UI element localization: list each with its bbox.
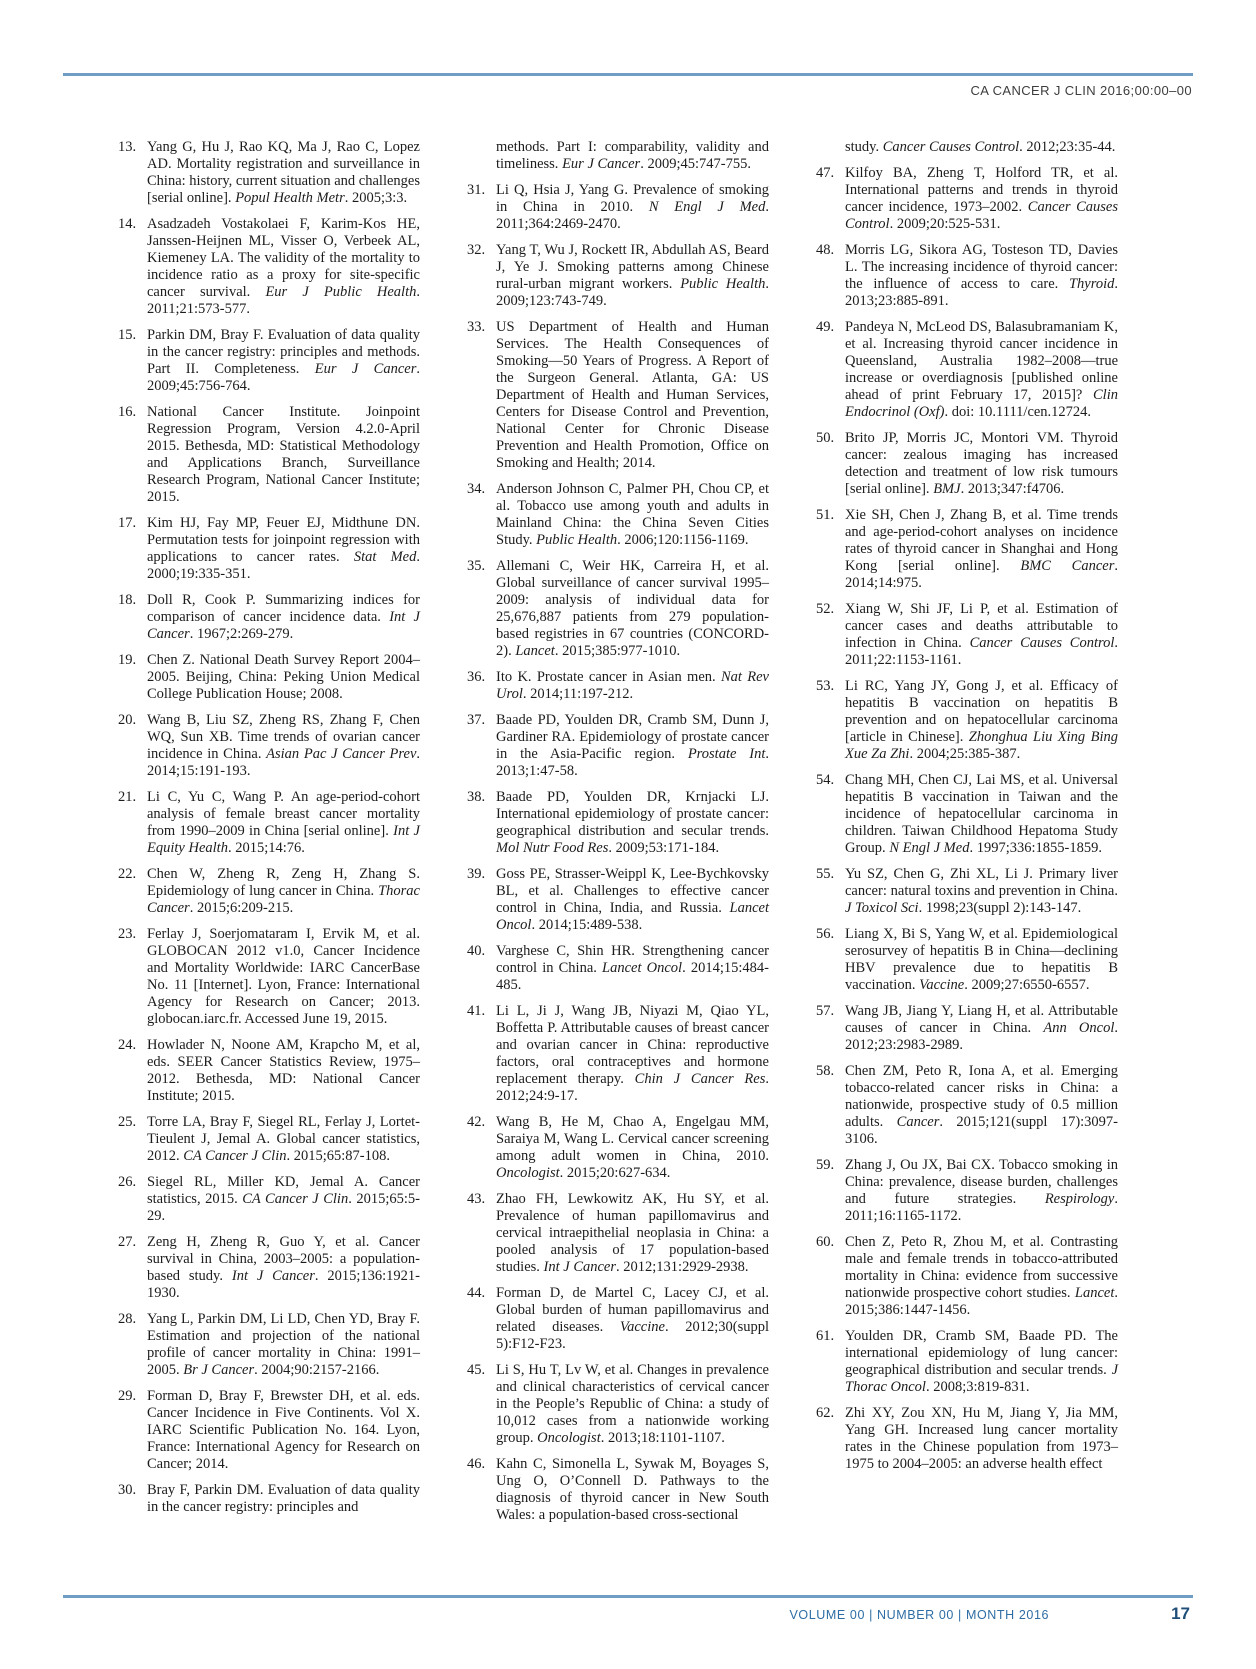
journal-title: Lancet Oncol	[602, 960, 682, 976]
reference-text: Kilfoy BA, Zheng T, Holford TR, et al. I…	[845, 165, 1118, 232]
reference-item: 30.Bray F, Parkin DM. Evaluation of data…	[118, 1482, 420, 1516]
reference-text: Brito JP, Morris JC, Montori VM. Thyroid…	[845, 430, 1118, 497]
reference-text: Ito K. Prostate cancer in Asian men. Nat…	[496, 669, 769, 702]
reference-text: Zhi XY, Zou XN, Hu M, Jiang Y, Jia MM, Y…	[845, 1405, 1118, 1472]
journal-title: Zhonghua Liu Xing Bing Xue Za Zhi	[845, 729, 1118, 762]
reference-text: Anderson Johnson C, Palmer PH, Chou CP, …	[496, 481, 769, 548]
journal-title: Oncologist	[537, 1430, 601, 1446]
reference-number: 47.	[816, 165, 834, 182]
reference-number: 52.	[816, 601, 834, 618]
reference-text: Xie SH, Chen J, Zhang B, et al. Time tre…	[845, 507, 1118, 591]
reference-text: Morris LG, Sikora AG, Tosteson TD, Davie…	[845, 242, 1118, 309]
reference-text: Wang B, He M, Chao A, Engelgau MM, Sarai…	[496, 1114, 769, 1181]
reference-item: 13.Yang G, Hu J, Rao KQ, Ma J, Rao C, Lo…	[118, 139, 420, 207]
reference-item: 34.Anderson Johnson C, Palmer PH, Chou C…	[467, 481, 769, 549]
reference-number: 35.	[467, 558, 485, 575]
reference-text: Li RC, Yang JY, Gong J, et al. Efficacy …	[845, 678, 1118, 762]
reference-text: Chang MH, Chen CJ, Lai MS, et al. Univer…	[845, 772, 1118, 856]
reference-number: 40.	[467, 943, 485, 960]
journal-title: CA Cancer J Clin	[183, 1148, 286, 1164]
journal-title: Thyroid	[1069, 276, 1114, 292]
journal-title: Br J Cancer	[183, 1362, 254, 1378]
reference-item: 19.Chen Z. National Death Survey Report …	[118, 652, 420, 703]
journal-title: Int J Cancer	[147, 609, 420, 642]
reference-item: 24.Howlader N, Noone AM, Krapcho M, et a…	[118, 1037, 420, 1105]
reference-number: 61.	[816, 1328, 834, 1345]
journal-title: BMC Cancer	[1020, 558, 1114, 574]
reference-text: Siegel RL, Miller KD, Jemal A. Cancer st…	[147, 1174, 420, 1224]
reference-number: 29.	[118, 1388, 136, 1405]
reference-item: 31.Li Q, Hsia J, Yang G. Prevalence of s…	[467, 182, 769, 233]
reference-item: 46.Kahn C, Simonella L, Sywak M, Boyages…	[467, 1456, 769, 1524]
reference-text: Forman D, de Martel C, Lacey CJ, et al. …	[496, 1285, 769, 1352]
reference-number: 39.	[467, 866, 485, 883]
journal-title: Public Health	[680, 276, 765, 292]
reference-item: 54.Chang MH, Chen CJ, Lai MS, et al. Uni…	[816, 772, 1118, 857]
journal-title: Eur J Public Health	[265, 284, 416, 300]
reference-number: 34.	[467, 481, 485, 498]
reference-item: 52.Xiang W, Shi JF, Li P, et al. Estimat…	[816, 601, 1118, 669]
reference-item: 49.Pandeya N, McLeod DS, Balasubramaniam…	[816, 319, 1118, 421]
reference-text: Varghese C, Shin HR. Strengthening cance…	[496, 943, 769, 993]
reference-item: 21.Li C, Yu C, Wang P. An age-period-coh…	[118, 789, 420, 857]
journal-title: Respirology	[1045, 1191, 1115, 1207]
reference-number: 23.	[118, 926, 136, 943]
reference-text: Chen W, Zheng R, Zeng H, Zhang S. Epidem…	[147, 866, 420, 916]
journal-title: J Thorac Oncol	[845, 1362, 1118, 1395]
reference-item: 41.Li L, Ji J, Wang JB, Niyazi M, Qiao Y…	[467, 1003, 769, 1105]
reference-number: 51.	[816, 507, 834, 524]
reference-column: study. Cancer Causes Control. 2012;23:35…	[816, 139, 1118, 1533]
reference-item: 61.Youlden DR, Cramb SM, Baade PD. The i…	[816, 1328, 1118, 1396]
reference-item: 53.Li RC, Yang JY, Gong J, et al. Effica…	[816, 678, 1118, 763]
reference-item: 43.Zhao FH, Lewkowitz AK, Hu SY, et al. …	[467, 1191, 769, 1276]
reference-column: methods. Part I: comparability, validity…	[467, 139, 769, 1533]
reference-number: 16.	[118, 404, 136, 421]
reference-number: 15.	[118, 327, 136, 344]
reference-text: Zhang J, Ou JX, Bai CX. Tobacco smoking …	[845, 1157, 1118, 1224]
reference-number: 45.	[467, 1362, 485, 1379]
reference-text: Chen Z, Peto R, Zhou M, et al. Contrasti…	[845, 1234, 1118, 1318]
reference-text: Allemani C, Weir HK, Carreira H, et al. …	[496, 558, 769, 659]
header-rule	[63, 73, 1193, 76]
journal-title: Ann Oncol	[1043, 1020, 1114, 1036]
reference-number: 27.	[118, 1234, 136, 1251]
journal-title: Vaccine	[919, 977, 964, 993]
reference-item: 17.Kim HJ, Fay MP, Feuer EJ, Midthune DN…	[118, 515, 420, 583]
reference-text: Goss PE, Strasser-Weippl K, Lee-Bychkovs…	[496, 866, 769, 933]
journal-title: Lancet	[515, 643, 554, 659]
reference-text: Kahn C, Simonella L, Sywak M, Boyages S,…	[496, 1456, 769, 1523]
reference-number: 14.	[118, 216, 136, 233]
reference-text: Zeng H, Zheng R, Guo Y, et al. Cancer su…	[147, 1234, 420, 1301]
reference-item: 56.Liang X, Bi S, Yang W, et al. Epidemi…	[816, 926, 1118, 994]
reference-text: Li Q, Hsia J, Yang G. Prevalence of smok…	[496, 182, 769, 232]
reference-item: 58.Chen ZM, Peto R, Iona A, et al. Emerg…	[816, 1063, 1118, 1148]
reference-item: 38.Baade PD, Youlden DR, Krnjacki LJ. In…	[467, 789, 769, 857]
journal-title: Chin J Cancer Res	[635, 1071, 766, 1087]
journal-title: CA Cancer J Clin	[242, 1191, 348, 1207]
journal-title: Cancer Causes Control	[970, 635, 1115, 651]
journal-title: Int J Cancer	[544, 1259, 616, 1275]
reference-item: 51.Xie SH, Chen J, Zhang B, et al. Time …	[816, 507, 1118, 592]
reference-number: 58.	[816, 1063, 834, 1080]
journal-title: Public Health	[536, 532, 617, 548]
journal-title: Cancer Causes Control	[883, 139, 1019, 155]
reference-number: 31.	[467, 182, 485, 199]
reference-text: Baade PD, Youlden DR, Cramb SM, Dunn J, …	[496, 712, 769, 779]
journal-title: Int J Equity Health	[147, 823, 420, 856]
reference-text: US Department of Health and Human Servic…	[496, 319, 769, 471]
reference-number: 62.	[816, 1405, 834, 1422]
journal-running-head: CA CANCER J CLIN 2016;00:00–00	[970, 83, 1192, 98]
reference-item: 22.Chen W, Zheng R, Zeng H, Zhang S. Epi…	[118, 866, 420, 917]
reference-number: 44.	[467, 1285, 485, 1302]
page-number: 17	[1171, 1604, 1190, 1624]
journal-title: Lancet	[1075, 1285, 1114, 1301]
reference-continuation: study. Cancer Causes Control. 2012;23:35…	[816, 139, 1118, 156]
reference-item: 60.Chen Z, Peto R, Zhou M, et al. Contra…	[816, 1234, 1118, 1319]
reference-text: Kim HJ, Fay MP, Feuer EJ, Midthune DN. P…	[147, 515, 420, 582]
reference-item: 20.Wang B, Liu SZ, Zheng RS, Zhang F, Ch…	[118, 712, 420, 780]
reference-text: Forman D, Bray F, Brewster DH, et al. ed…	[147, 1388, 420, 1472]
journal-title: Lancet Oncol	[496, 900, 769, 933]
reference-item: 26.Siegel RL, Miller KD, Jemal A. Cancer…	[118, 1174, 420, 1225]
references-columns: 13.Yang G, Hu J, Rao KQ, Ma J, Rao C, Lo…	[118, 139, 1118, 1533]
reference-item: 33.US Department of Health and Human Ser…	[467, 319, 769, 472]
journal-title: Popul Health Metr	[235, 190, 345, 206]
reference-number: 17.	[118, 515, 136, 532]
journal-title: Nat Rev Urol	[496, 669, 769, 702]
journal-title: Cancer	[897, 1114, 940, 1130]
reference-text: Asadzadeh Vostakolaei F, Karim-Kos HE, J…	[147, 216, 420, 317]
reference-number: 22.	[118, 866, 136, 883]
reference-item: 37.Baade PD, Youlden DR, Cramb SM, Dunn …	[467, 712, 769, 780]
reference-item: 29.Forman D, Bray F, Brewster DH, et al.…	[118, 1388, 420, 1473]
reference-number: 28.	[118, 1311, 136, 1328]
journal-title: BMJ	[933, 481, 960, 497]
reference-item: 39.Goss PE, Strasser-Weippl K, Lee-Bychk…	[467, 866, 769, 934]
reference-number: 38.	[467, 789, 485, 806]
reference-item: 32.Yang T, Wu J, Rockett IR, Abdullah AS…	[467, 242, 769, 310]
reference-item: 27.Zeng H, Zheng R, Guo Y, et al. Cancer…	[118, 1234, 420, 1302]
reference-text: Doll R, Cook P. Summarizing indices for …	[147, 592, 420, 642]
reference-number: 50.	[816, 430, 834, 447]
reference-number: 41.	[467, 1003, 485, 1020]
reference-number: 32.	[467, 242, 485, 259]
journal-title: Stat Med	[354, 549, 417, 565]
reference-item: 25.Torre LA, Bray F, Siegel RL, Ferlay J…	[118, 1114, 420, 1165]
reference-item: 45.Li S, Hu T, Lv W, et al. Changes in p…	[467, 1362, 769, 1447]
footer-rule	[63, 1595, 1193, 1598]
reference-item: 18.Doll R, Cook P. Summarizing indices f…	[118, 592, 420, 643]
journal-title: Eur J Cancer	[315, 361, 417, 377]
reference-text: Yu SZ, Chen G, Zhi XL, Li J. Primary liv…	[845, 866, 1118, 916]
reference-text: Howlader N, Noone AM, Krapcho M, et al, …	[147, 1037, 420, 1104]
reference-number: 57.	[816, 1003, 834, 1020]
reference-item: 40.Varghese C, Shin HR. Strengthening ca…	[467, 943, 769, 994]
reference-number: 37.	[467, 712, 485, 729]
reference-number: 55.	[816, 866, 834, 883]
reference-number: 59.	[816, 1157, 834, 1174]
reference-text: Baade PD, Youlden DR, Krnjacki LJ. Inter…	[496, 789, 769, 856]
journal-title: N Engl J Med	[889, 840, 969, 856]
reference-text: Youlden DR, Cramb SM, Baade PD. The inte…	[845, 1328, 1118, 1395]
reference-text: Li C, Yu C, Wang P. An age-period-cohort…	[147, 789, 420, 856]
journal-title: Asian Pac J Cancer Prev	[266, 746, 416, 762]
reference-text: Chen ZM, Peto R, Iona A, et al. Emerging…	[845, 1063, 1118, 1147]
reference-text: Yang L, Parkin DM, Li LD, Chen YD, Bray …	[147, 1311, 420, 1378]
reference-item: 55.Yu SZ, Chen G, Zhi XL, Li J. Primary …	[816, 866, 1118, 917]
reference-item: 50.Brito JP, Morris JC, Montori VM. Thyr…	[816, 430, 1118, 498]
reference-text: Bray F, Parkin DM. Evaluation of data qu…	[147, 1482, 420, 1515]
reference-text: Yang T, Wu J, Rockett IR, Abdullah AS, B…	[496, 242, 769, 309]
reference-text: Yang G, Hu J, Rao KQ, Ma J, Rao C, Lopez…	[147, 139, 420, 206]
reference-item: 16.National Cancer Institute. Joinpoint …	[118, 404, 420, 506]
reference-number: 48.	[816, 242, 834, 259]
reference-number: 43.	[467, 1191, 485, 1208]
journal-title: Oncologist	[496, 1165, 560, 1181]
journal-title: Eur J Cancer	[562, 156, 640, 172]
reference-continuation: methods. Part I: comparability, validity…	[467, 139, 769, 173]
reference-number: 46.	[467, 1456, 485, 1473]
reference-number: 49.	[816, 319, 834, 336]
reference-item: 62.Zhi XY, Zou XN, Hu M, Jiang Y, Jia MM…	[816, 1405, 1118, 1473]
reference-text: Xiang W, Shi JF, Li P, et al. Estimation…	[845, 601, 1118, 668]
journal-title: N Engl J Med	[649, 199, 766, 215]
reference-number: 56.	[816, 926, 834, 943]
footer: VOLUME 00 | NUMBER 00 | MONTH 2016 17	[63, 1604, 1190, 1624]
journal-title: Int J Cancer	[232, 1268, 315, 1284]
journal-references-page: CA CANCER J CLIN 2016;00:00–00 13.Yang G…	[0, 0, 1256, 1669]
reference-number: 19.	[118, 652, 136, 669]
reference-text: Li L, Ji J, Wang JB, Niyazi M, Qiao YL, …	[496, 1003, 769, 1104]
journal-title: J Toxicol Sci	[845, 900, 919, 916]
journal-title: Cancer Causes Control	[845, 199, 1118, 232]
reference-number: 60.	[816, 1234, 834, 1251]
reference-item: 28.Yang L, Parkin DM, Li LD, Chen YD, Br…	[118, 1311, 420, 1379]
journal-title: Thorac Cancer	[147, 883, 420, 916]
reference-item: 57.Wang JB, Jiang Y, Liang H, et al. Att…	[816, 1003, 1118, 1054]
reference-text: Zhao FH, Lewkowitz AK, Hu SY, et al. Pre…	[496, 1191, 769, 1275]
reference-number: 30.	[118, 1482, 136, 1499]
journal-title: Vaccine	[620, 1319, 665, 1335]
reference-item: 35.Allemani C, Weir HK, Carreira H, et a…	[467, 558, 769, 660]
journal-title: Clin Endocrinol (Oxf)	[845, 387, 1118, 420]
reference-item: 23.Ferlay J, Soerjomataram I, Ervik M, e…	[118, 926, 420, 1028]
reference-item: 36.Ito K. Prostate cancer in Asian men. …	[467, 669, 769, 703]
reference-item: 48.Morris LG, Sikora AG, Tosteson TD, Da…	[816, 242, 1118, 310]
reference-item: 44.Forman D, de Martel C, Lacey CJ, et a…	[467, 1285, 769, 1353]
reference-number: 54.	[816, 772, 834, 789]
reference-number: 33.	[467, 319, 485, 336]
reference-number: 18.	[118, 592, 136, 609]
reference-number: 20.	[118, 712, 136, 729]
reference-text: Parkin DM, Bray F. Evaluation of data qu…	[147, 327, 420, 394]
reference-number: 21.	[118, 789, 136, 806]
reference-text: Chen Z. National Death Survey Report 200…	[147, 652, 420, 702]
reference-number: 26.	[118, 1174, 136, 1191]
reference-item: 59.Zhang J, Ou JX, Bai CX. Tobacco smoki…	[816, 1157, 1118, 1225]
reference-text: National Cancer Institute. Joinpoint Reg…	[147, 404, 420, 505]
reference-column: 13.Yang G, Hu J, Rao KQ, Ma J, Rao C, Lo…	[118, 139, 420, 1533]
reference-text: Wang B, Liu SZ, Zheng RS, Zhang F, Chen …	[147, 712, 420, 779]
reference-number: 36.	[467, 669, 485, 686]
reference-item: 14.Asadzadeh Vostakolaei F, Karim-Kos HE…	[118, 216, 420, 318]
footer-volume-line: VOLUME 00 | NUMBER 00 | MONTH 2016	[789, 1608, 1049, 1622]
reference-number: 13.	[118, 139, 136, 156]
reference-text: Torre LA, Bray F, Siegel RL, Ferlay J, L…	[147, 1114, 420, 1164]
reference-number: 53.	[816, 678, 834, 695]
reference-item: 47.Kilfoy BA, Zheng T, Holford TR, et al…	[816, 165, 1118, 233]
reference-number: 42.	[467, 1114, 485, 1131]
reference-item: 15.Parkin DM, Bray F. Evaluation of data…	[118, 327, 420, 395]
reference-text: Ferlay J, Soerjomataram I, Ervik M, et a…	[147, 926, 420, 1027]
reference-text: Wang JB, Jiang Y, Liang H, et al. Attrib…	[845, 1003, 1118, 1053]
reference-item: 42.Wang B, He M, Chao A, Engelgau MM, Sa…	[467, 1114, 769, 1182]
reference-text: Pandeya N, McLeod DS, Balasubramaniam K,…	[845, 319, 1118, 420]
reference-number: 25.	[118, 1114, 136, 1131]
journal-title: Mol Nutr Food Res	[496, 840, 608, 856]
reference-number: 24.	[118, 1037, 136, 1054]
reference-text: Liang X, Bi S, Yang W, et al. Epidemiolo…	[845, 926, 1118, 993]
reference-text: Li S, Hu T, Lv W, et al. Changes in prev…	[496, 1362, 769, 1446]
journal-title: Prostate Int	[688, 746, 766, 762]
